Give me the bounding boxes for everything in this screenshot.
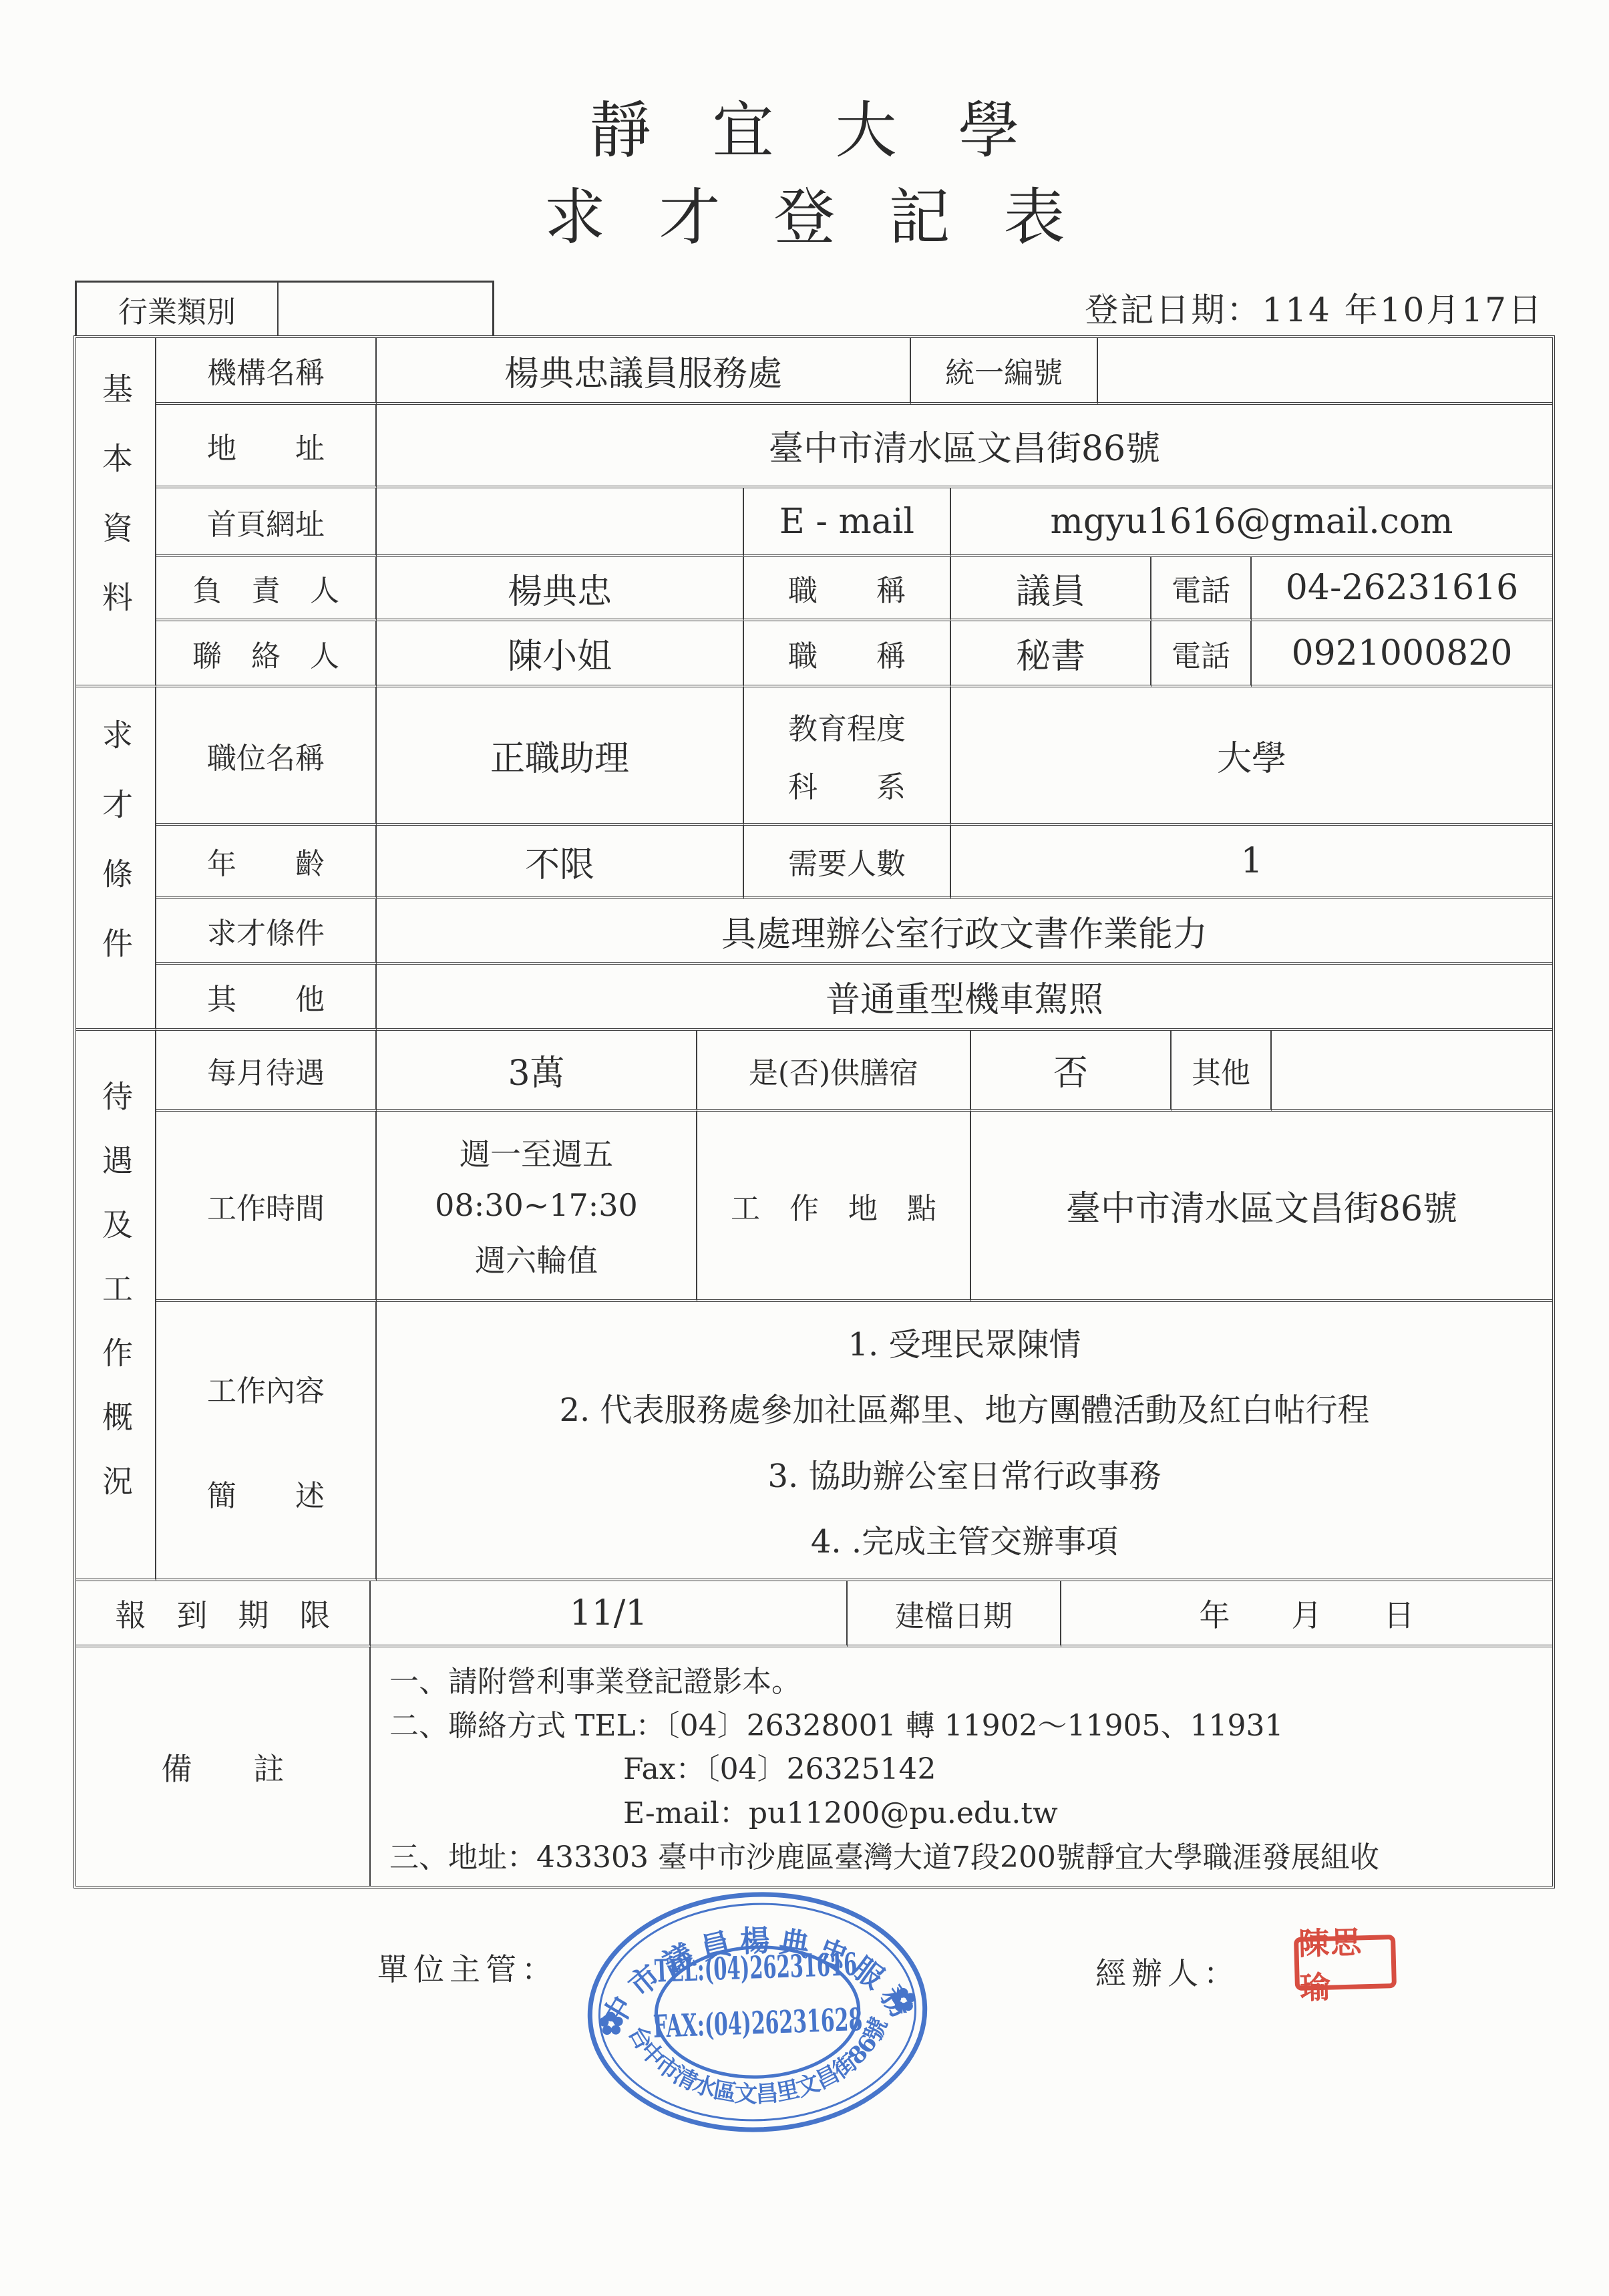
- criteria-label: 求才條件: [156, 899, 377, 965]
- scanned-form-page: 靜宜大學 求才登記表 行業類別 登記日期：114 年10月17日 基本資料 求才…: [0, 0, 1609, 2296]
- website-value: [377, 488, 744, 557]
- content-item-3: 3. 協助辦公室日常行政事務: [767, 1450, 1161, 1496]
- hours-line1: 週一至週五: [460, 1130, 613, 1174]
- salary-label: 每月待遇: [156, 1031, 377, 1112]
- headcount-label: 需要人數: [744, 826, 951, 899]
- position-label: 職位名稱: [156, 687, 377, 826]
- office-oval-stamp: 台中市議員楊典忠服務處 台中市清水區文昌里文昌街86號 TEL:(04)2623…: [581, 1884, 934, 2140]
- salary-value: 3萬: [377, 1031, 697, 1112]
- board-value: 否: [971, 1031, 1172, 1112]
- content-item-4: 4. .完成主管交辦事項: [811, 1516, 1118, 1562]
- university-title: 靜宜大學: [0, 81, 1609, 170]
- board-other-value: [1272, 1031, 1552, 1112]
- board-label: 是(否)供膳宿: [697, 1031, 971, 1112]
- org-name-label: 機構名稱: [156, 338, 377, 405]
- content-items: 1. 受理民眾陳情 2. 代表服務處參加社區鄰里、地方團體活動及紅白帖行程 3.…: [377, 1302, 1552, 1581]
- principal-title-label: 職 稱: [744, 557, 951, 621]
- principal-phone-value: 04-26231616: [1252, 557, 1552, 621]
- age-label: 年 齡: [156, 826, 377, 899]
- contact-title-label: 職 稱: [744, 621, 951, 687]
- industry-category-box: 行業類別: [75, 281, 494, 335]
- address-label: 地 址: [156, 405, 377, 488]
- other-requirement-value: 普通重型機車駕照: [377, 965, 1552, 1031]
- form-title: 求才登記表: [0, 168, 1609, 257]
- section-talent-requirements: 求才條件: [76, 687, 156, 1031]
- file-date-value: 年 月 日: [1061, 1581, 1552, 1647]
- contact-label: 聯 絡 人: [156, 621, 377, 687]
- email-label: E - mail: [744, 488, 951, 557]
- location-value: 臺中市清水區文昌街86號: [971, 1112, 1552, 1302]
- file-date-label: 建檔日期: [848, 1581, 1061, 1647]
- education-label-line2: 科 系: [788, 763, 906, 806]
- section-basic-info: 基本資料: [76, 338, 156, 687]
- tax-id-value: [1098, 338, 1552, 405]
- industry-category-value: [279, 283, 492, 335]
- hours-value: 週一至週五 08:30~17:30 週六輪值: [377, 1112, 697, 1302]
- tax-id-label: 統一編號: [911, 338, 1098, 405]
- org-name-value: 楊典忠議員服務處: [377, 338, 911, 405]
- address-value: 臺中市清水區文昌街86號: [377, 405, 1552, 488]
- other-requirement-label: 其 他: [156, 965, 377, 1031]
- section-work-overview: 待遇及工作概況: [76, 1031, 156, 1581]
- handler-name-stamp: 陳思瑜: [1294, 1935, 1397, 1991]
- remarks-label: 備 註: [76, 1647, 371, 1886]
- location-label: 工 作 地 點: [697, 1112, 971, 1302]
- hours-line3: 週六輪值: [475, 1237, 598, 1281]
- remark-line-5: 三、地址：433303 臺中市沙鹿區臺灣大道7段200號靜宜大學職涯發展組收: [389, 1833, 1379, 1876]
- principal-title-value: 議員: [951, 557, 1151, 621]
- age-value: 不限: [377, 826, 744, 899]
- principal-label: 負 責 人: [156, 557, 377, 621]
- content-item-2: 2. 代表服務處參加社區鄰里、地方團體活動及紅白帖行程: [559, 1384, 1369, 1430]
- contact-phone-label: 電話: [1151, 621, 1252, 687]
- content-label: 工作內容 簡 述: [156, 1302, 377, 1581]
- report-deadline-value: 11/1: [371, 1581, 848, 1647]
- education-value: 大學: [951, 687, 1552, 826]
- education-label-line1: 教育程度: [788, 705, 906, 748]
- contact-title-value: 秘書: [951, 621, 1151, 687]
- form-table: 基本資料 求才條件 待遇及工作概況 機構名稱 楊典忠議員服務處 統一編號 地 址…: [73, 335, 1555, 1889]
- handler-label: 經辦人：: [1095, 1949, 1240, 1993]
- contact-phone-value: 0921000820: [1252, 621, 1552, 687]
- remark-line-2: 二、聯絡方式 TEL：〔04〕26328001 轉 11902～11905、11…: [389, 1701, 1284, 1744]
- remark-line-3: Fax：〔04〕26325142: [389, 1745, 936, 1788]
- industry-category-label: 行業類別: [77, 283, 279, 335]
- content-label-line2: 簡 述: [207, 1472, 325, 1514]
- board-other-label: 其他: [1172, 1031, 1272, 1112]
- criteria-value: 具處理辦公室行政文書作業能力: [377, 899, 1552, 965]
- principal-value: 楊典忠: [377, 557, 744, 621]
- content-item-1: 1. 受理民眾陳情: [848, 1319, 1081, 1365]
- headcount-value: 1: [951, 826, 1552, 899]
- stamp-fax-text: FAX:(04)26231628: [653, 2001, 863, 2045]
- remark-line-1: 一、請附營利事業登記證影本。: [389, 1657, 801, 1700]
- principal-phone-label: 電話: [1151, 557, 1252, 621]
- contact-value: 陳小姐: [377, 621, 744, 687]
- email-value: mgyu1616@gmail.com: [951, 488, 1552, 557]
- hours-line2: 08:30~17:30: [435, 1187, 638, 1223]
- hours-label: 工作時間: [156, 1112, 377, 1302]
- website-label: 首頁網址: [156, 488, 377, 557]
- remark-line-4: E-mail：pu11200@pu.edu.tw: [389, 1789, 1058, 1832]
- remarks-content: 一、請附營利事業登記證影本。 二、聯絡方式 TEL：〔04〕26328001 轉…: [371, 1647, 1552, 1886]
- education-label: 教育程度 科 系: [744, 687, 951, 826]
- position-value: 正職助理: [377, 687, 744, 826]
- registration-date: 登記日期：114 年10月17日: [1085, 283, 1544, 331]
- supervisor-label: 單位主管：: [377, 1945, 558, 1989]
- stamp-tel-text: TEL:(04)26231616: [654, 1945, 858, 1989]
- content-label-line1: 工作內容: [207, 1367, 325, 1410]
- report-deadline-label: 報 到 期 限: [76, 1581, 371, 1647]
